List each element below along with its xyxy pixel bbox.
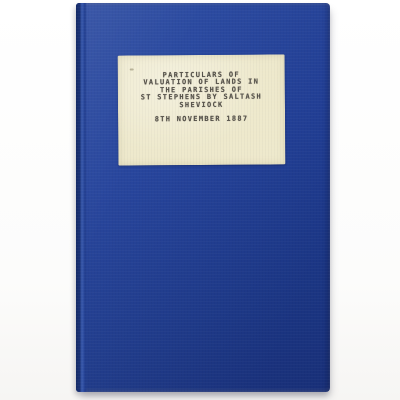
book-spine <box>76 3 87 392</box>
date-line: 8TH NOVEMBER 1887 <box>118 115 285 124</box>
title-label: PARTICULARS OF VALUATION OF LANDS IN THE… <box>118 54 286 165</box>
photo-background: PARTICULARS OF VALUATION OF LANDS IN THE… <box>0 0 400 400</box>
paper-mark-decoration <box>130 68 134 70</box>
title-line: SHEVIOCK <box>118 101 285 110</box>
title-text-block: PARTICULARS OF VALUATION OF LANDS IN THE… <box>118 71 285 124</box>
book-cover: PARTICULARS OF VALUATION OF LANDS IN THE… <box>76 3 330 392</box>
